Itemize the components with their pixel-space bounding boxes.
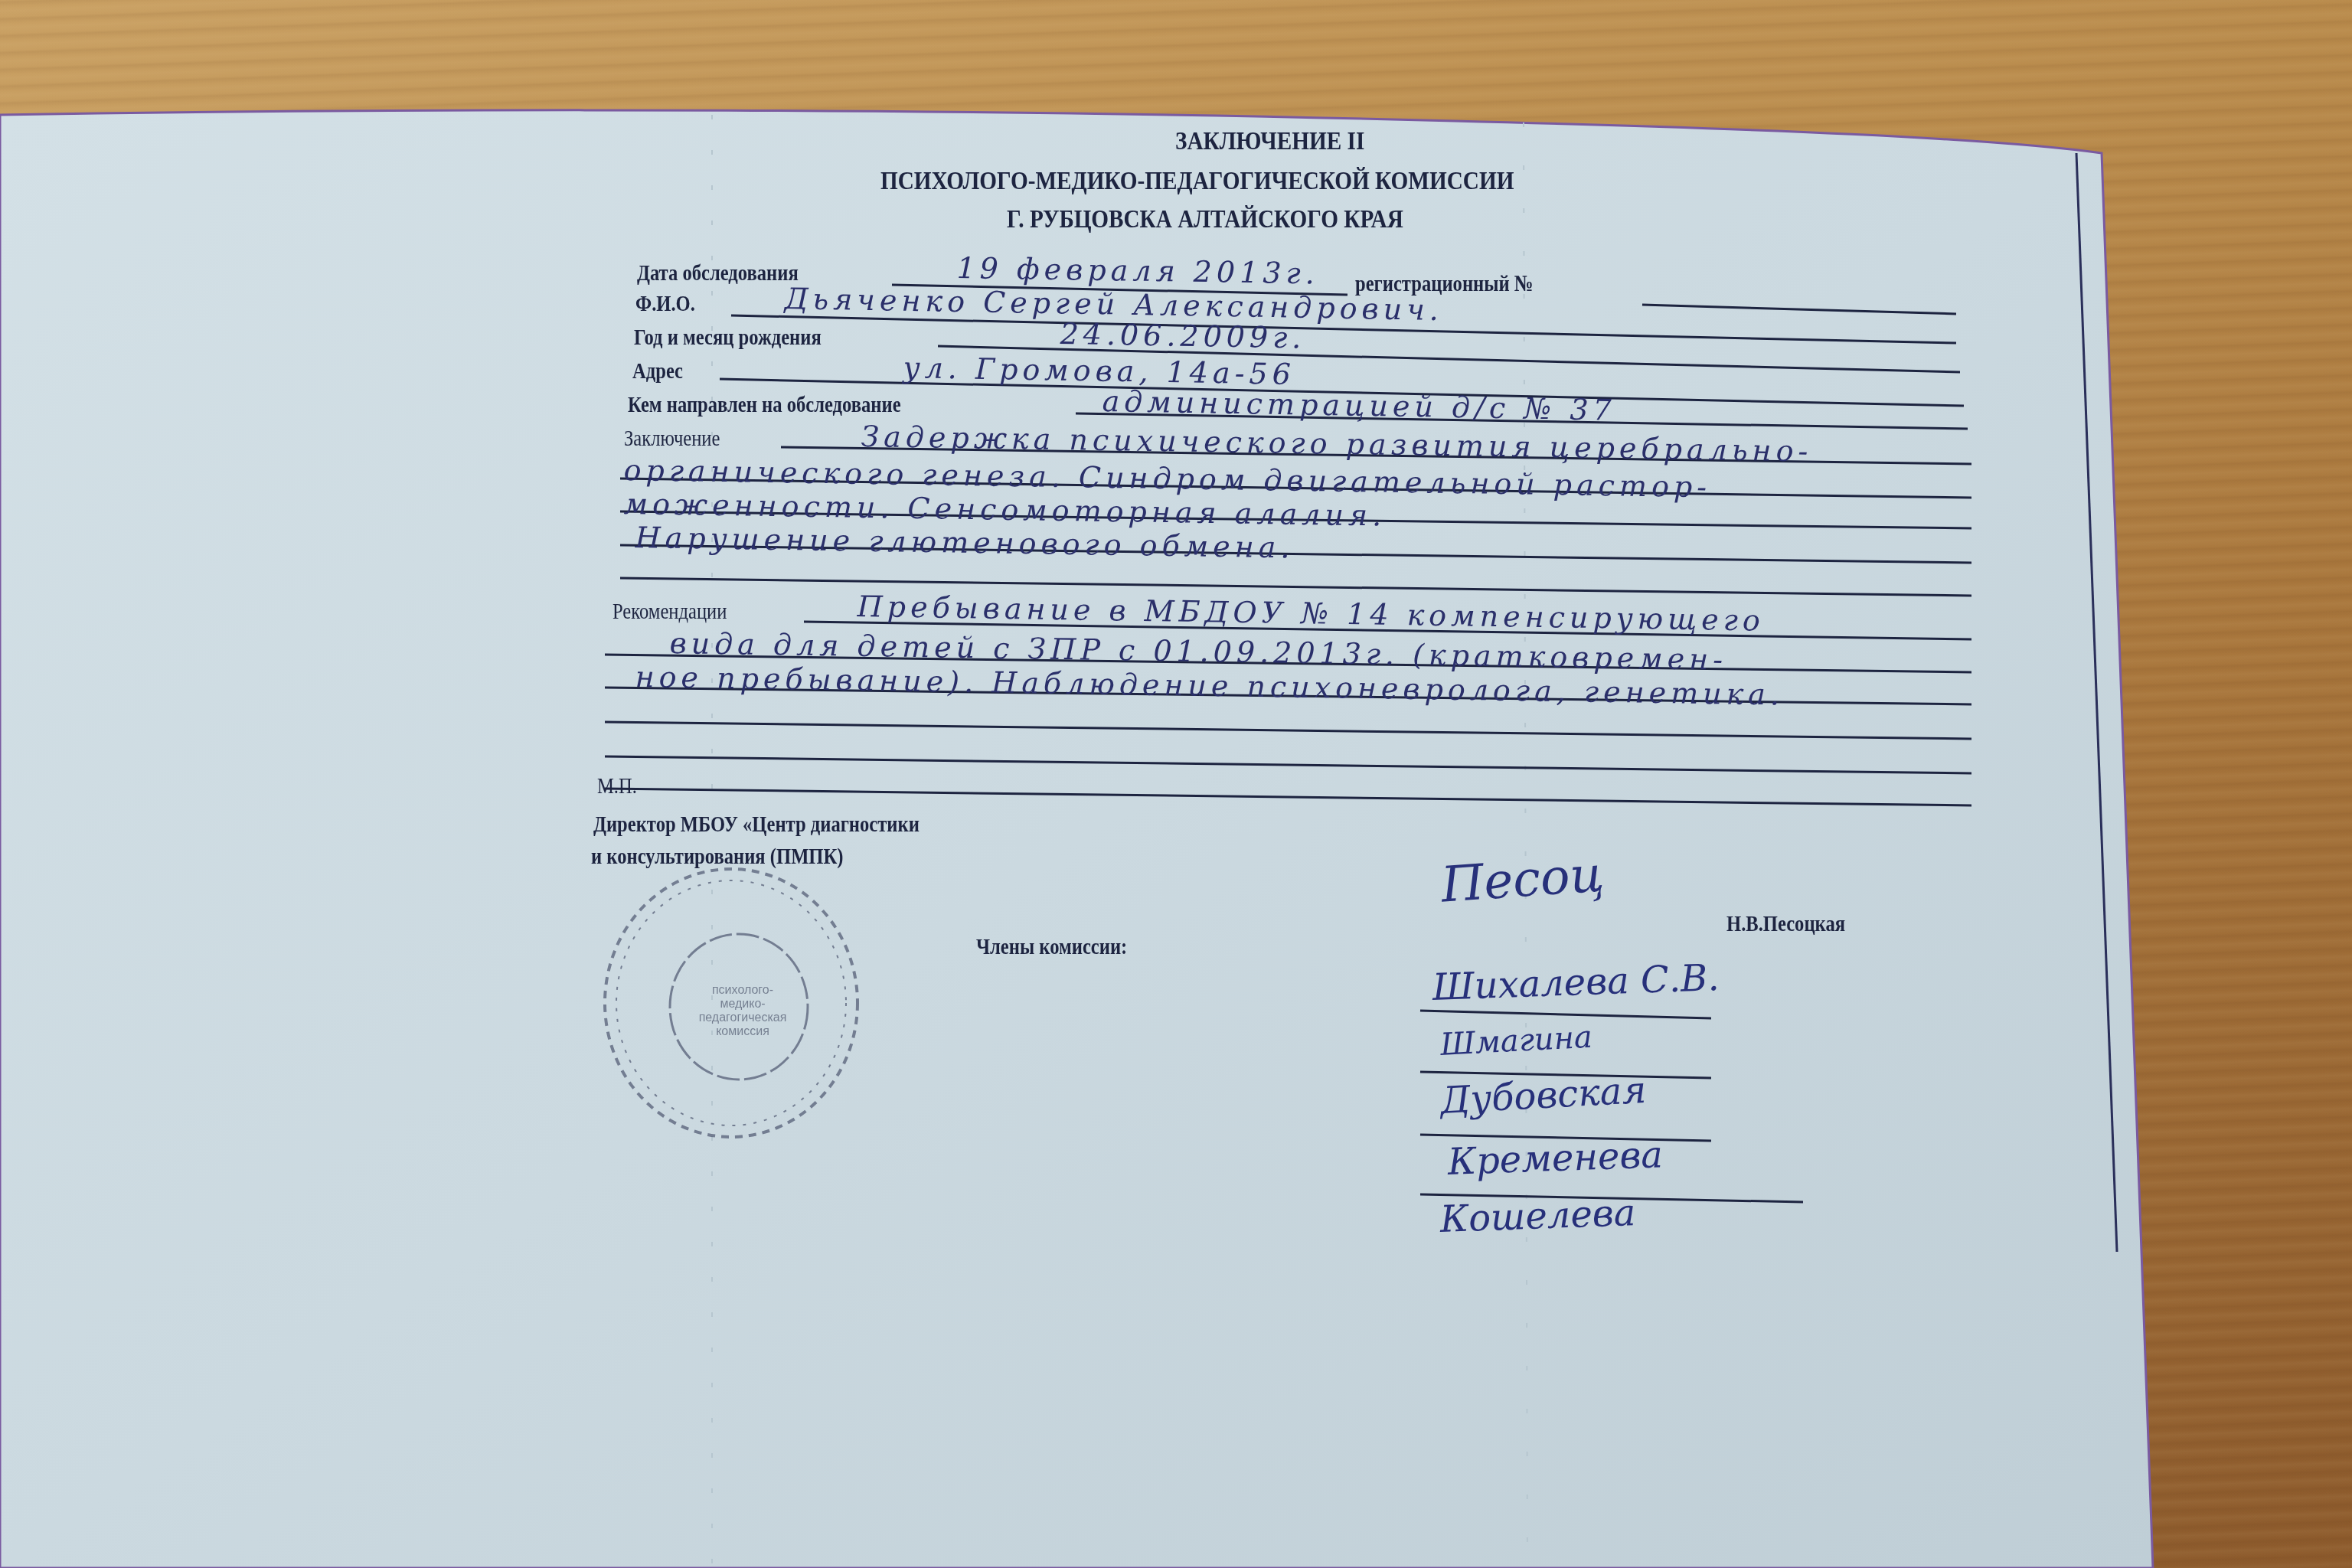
exam-date-label: Дата обследования (637, 260, 799, 286)
referred-by-label: Кем направлен на обследование (628, 392, 901, 418)
member-signature-4: Кременева (1447, 1133, 1664, 1184)
address-label: Адрес (632, 358, 683, 384)
document-sheet: ЗАКЛЮЧЕНИЕ II ПСИХОЛОГО-МЕДИКО-ПЕДАГОГИЧ… (0, 0, 2352, 1568)
director-line-1: Директор МБОУ «Центр диагностики (593, 812, 920, 838)
recommendations-label: Рекомендации (612, 599, 727, 625)
exam-date-value: 19 февраля 2013г. (956, 251, 1319, 290)
birth-date-label: Год и месяц рождения (634, 325, 822, 351)
birth-date-value: 24.06.2009г. (1060, 317, 1306, 355)
director-name: Н.В.Песоцкая (1726, 911, 1845, 937)
director-signature: Песоц (1439, 846, 1606, 914)
document-title-line-3: Г. РУБЦОВСКА АЛТАЙСКОГО КРАЯ (1007, 205, 1403, 234)
address-value: ул. Громова, 14а-56 (903, 351, 1295, 391)
document-title-line-1: ЗАКЛЮЧЕНИЕ II (1175, 127, 1364, 156)
member-signature-5: Кошелева (1439, 1191, 1636, 1241)
full-name-label: Ф.И.О. (635, 291, 695, 317)
stamp-text: психолого-медико-педагогическая комиссия (697, 984, 789, 1039)
official-stamp: психолого-медико-педагогическая комиссия (590, 857, 865, 1148)
members-label: Члены комиссии: (976, 934, 1127, 960)
document-title-line-2: ПСИХОЛОГО-МЕДИКО-ПЕДАГОГИЧЕСКОЙ КОМИССИИ (880, 167, 1514, 196)
conclusion-label: Заключение (624, 426, 720, 452)
seal-label: М.П. (597, 773, 637, 799)
